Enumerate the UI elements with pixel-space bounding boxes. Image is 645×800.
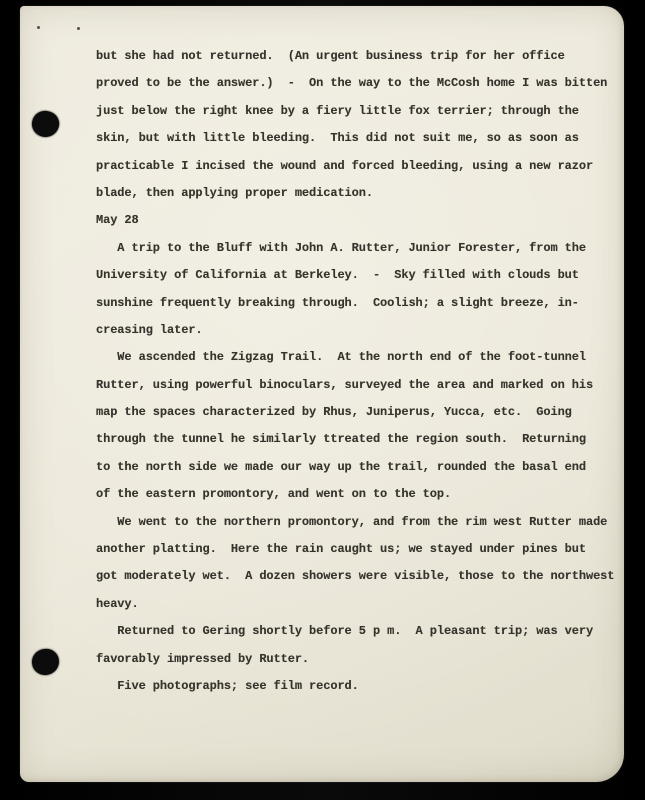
text-line: skin, but with little bleeding. This did… [96, 125, 621, 152]
text-line: blade, then applying proper medication. [96, 180, 621, 207]
text-line: favorably impressed by Rutter. [96, 646, 621, 673]
text-line: of the eastern promontory, and went on t… [96, 481, 621, 508]
hole-punch-bottom [30, 647, 60, 677]
text-line: through the tunnel he similarly ttreated… [96, 426, 621, 453]
text-line: sunshine frequently breaking through. Co… [96, 290, 621, 317]
text-line: map the spaces characterized by Rhus, Ju… [96, 399, 621, 426]
text-line: proved to be the answer.) - On the way t… [96, 70, 621, 97]
text-line: got moderately wet. A dozen showers were… [96, 563, 621, 590]
text-line: but she had not returned. (An urgent bus… [96, 43, 621, 70]
text-line: We ascended the Zigzag Trail. At the nor… [96, 344, 621, 371]
ink-speck [77, 27, 80, 30]
date-heading: May 28 [96, 207, 621, 234]
text-line: practicable I incised the wound and forc… [96, 153, 621, 180]
text-line: We went to the northern promontory, and … [96, 509, 621, 536]
text-line: Returned to Gering shortly before 5 p m.… [96, 618, 621, 645]
text-line: just below the right knee by a fiery lit… [96, 98, 621, 125]
scanned-document: but she had not returned. (An urgent bus… [0, 0, 645, 800]
paper-page: but she had not returned. (An urgent bus… [20, 6, 624, 782]
text-line: to the north side we made our way up the… [96, 454, 621, 481]
text-line: A trip to the Bluff with John A. Rutter,… [96, 235, 621, 262]
text-line: heavy. [96, 591, 621, 618]
typewritten-text: but she had not returned. (An urgent bus… [96, 43, 621, 700]
hole-punch-top [30, 108, 62, 139]
text-line: Rutter, using powerful binoculars, surve… [96, 372, 621, 399]
text-line: another platting. Here the rain caught u… [96, 536, 621, 563]
ink-speck [37, 26, 40, 29]
text-line: University of California at Berkeley. - … [96, 262, 621, 289]
text-line: creasing later. [96, 317, 621, 344]
text-line: Five photographs; see film record. [96, 673, 621, 700]
